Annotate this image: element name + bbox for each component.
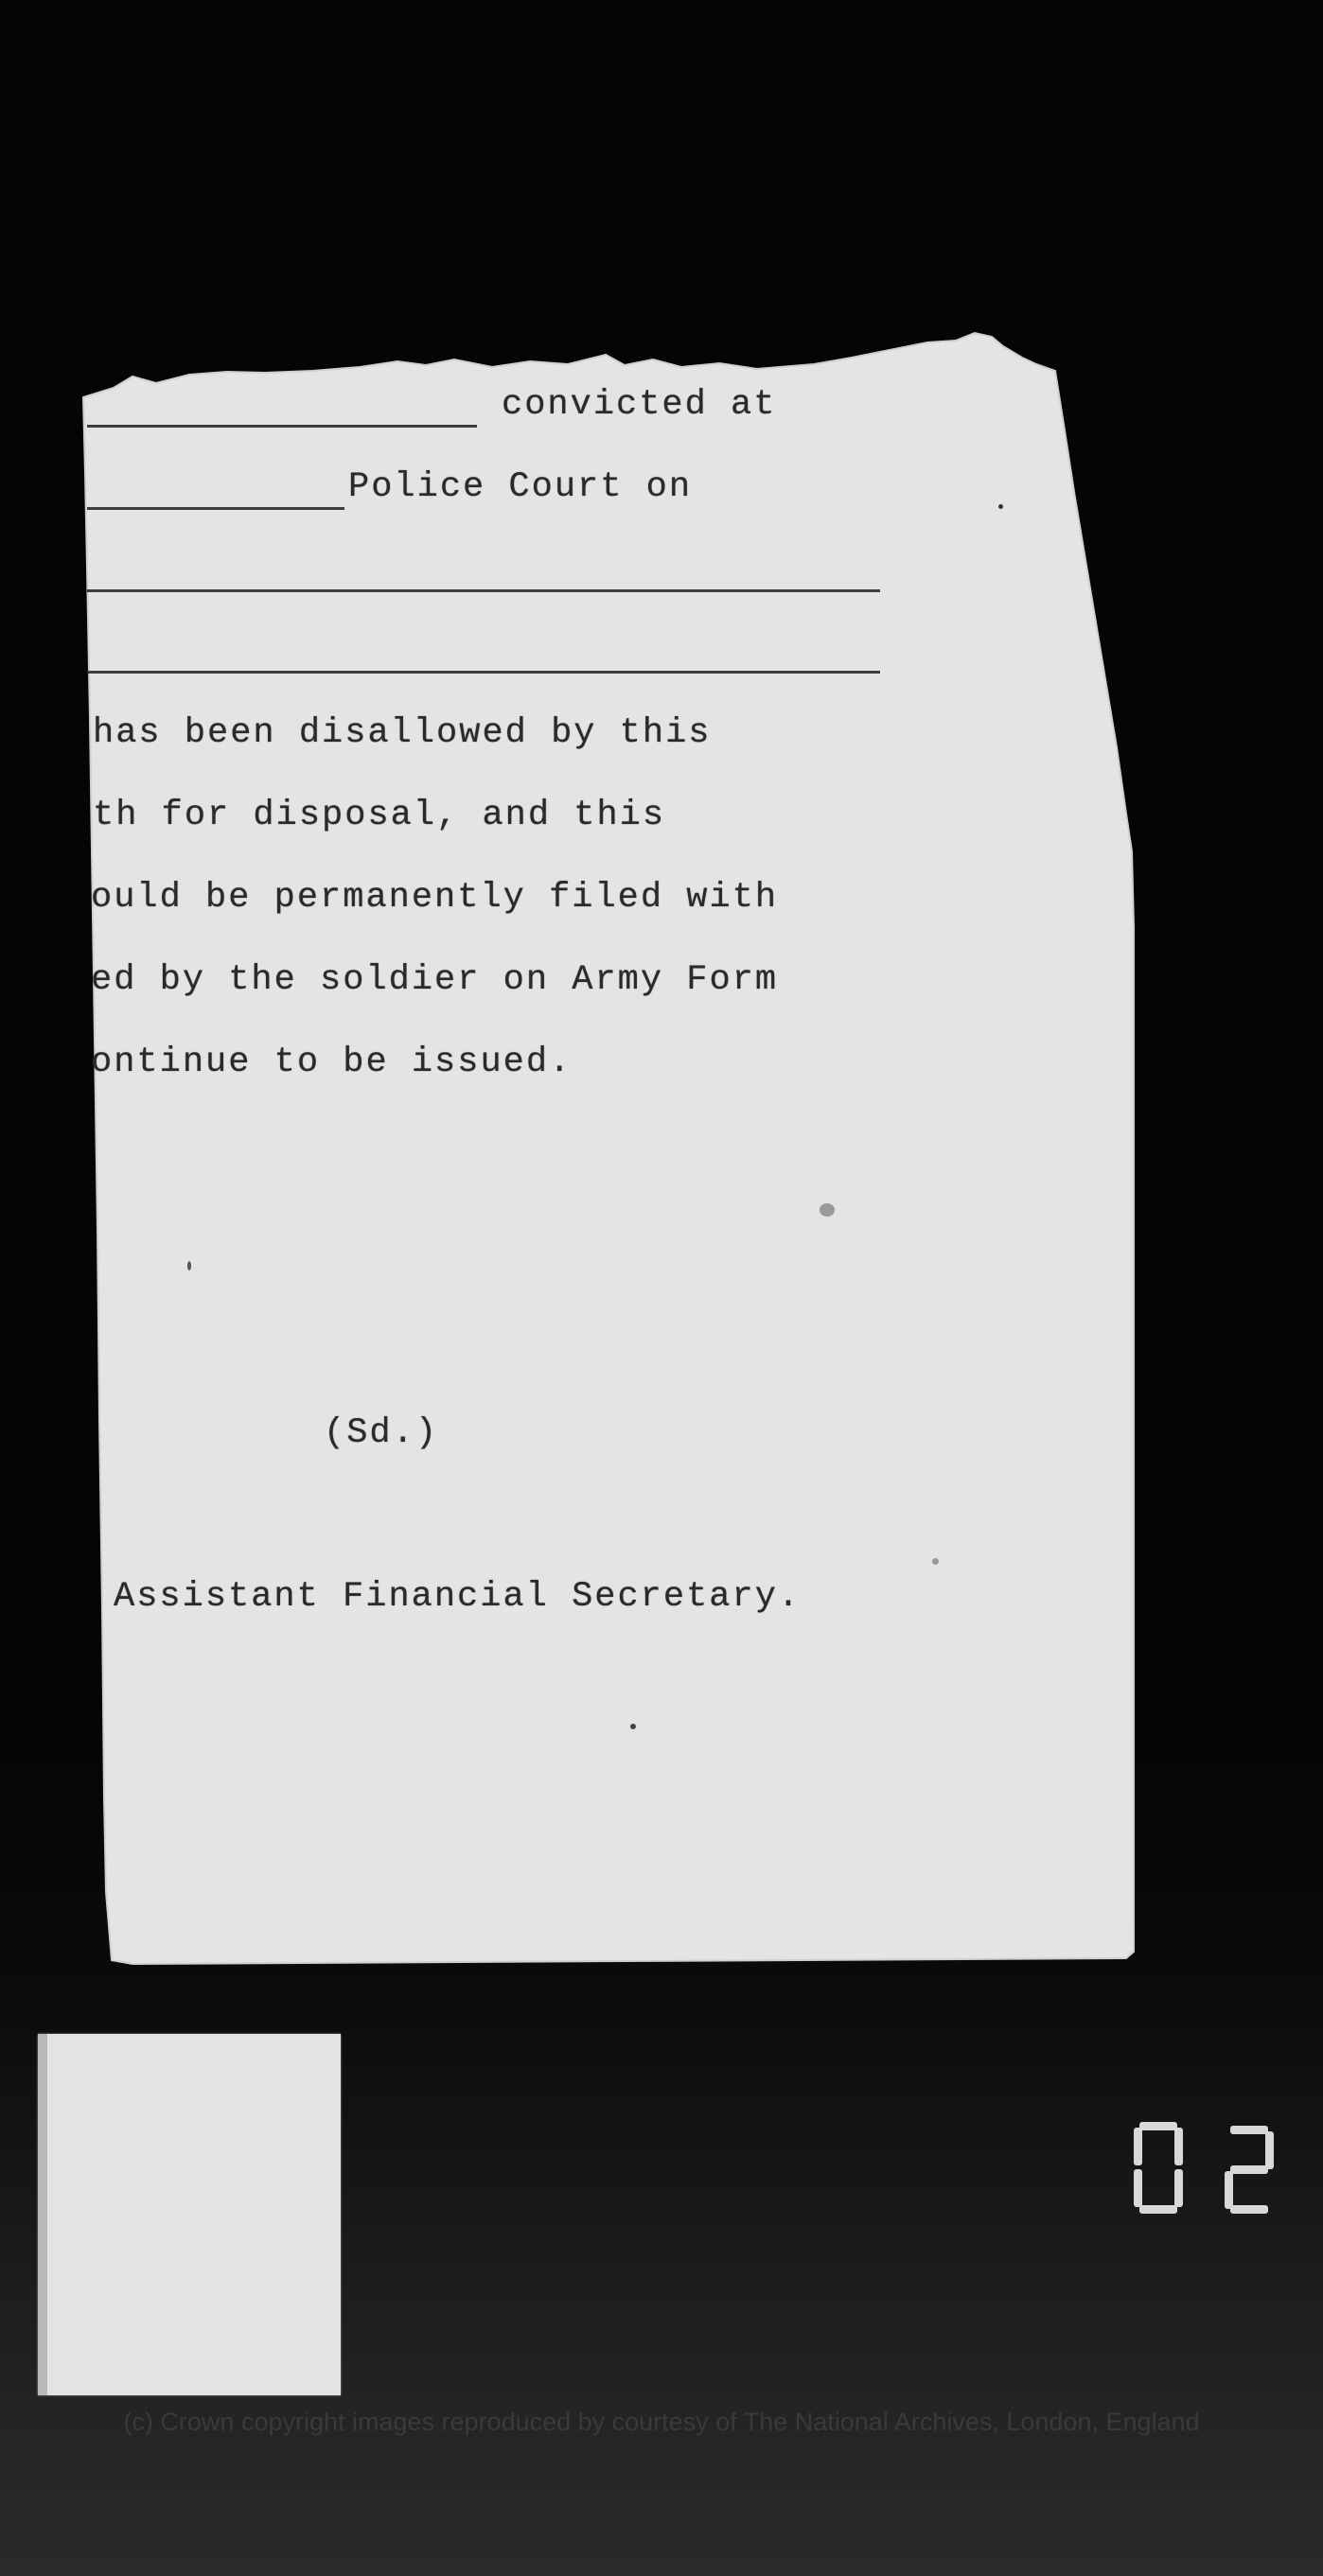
copyright-notice: (c) Crown copyright images reproduced by… <box>0 2408 1323 2437</box>
body-line: has been disallowed by this <box>93 716 712 751</box>
signature-mark: (Sd.) <box>324 1416 438 1451</box>
digit-two <box>1225 2122 1274 2213</box>
body-line: ontinue to be issued. <box>91 1045 572 1080</box>
paper-speck <box>998 504 1003 509</box>
blank-line-name <box>87 425 477 428</box>
blank-line-2 <box>87 671 880 674</box>
body-line: th for disposal, and this <box>93 798 665 833</box>
blank-line-1 <box>87 589 880 592</box>
body-line: ould be permanently filed with <box>91 881 778 916</box>
digit-zero <box>1134 2122 1183 2213</box>
paper-speck <box>932 1558 939 1565</box>
header-line-police-court: Police Court on <box>348 470 692 505</box>
body-line: ed by the soldier on Army Form <box>91 963 778 998</box>
signatory-title: Assistant Financial Secretary. <box>114 1580 801 1615</box>
paper-speck <box>820 1203 835 1217</box>
paper-speck <box>187 1261 191 1270</box>
blank-line-court <box>87 507 344 510</box>
blank-index-card <box>38 2034 341 2395</box>
frame-number: 02 <box>1134 2122 1274 2213</box>
paper-speck <box>630 1724 636 1729</box>
header-line-convicted: convicted at <box>502 388 776 423</box>
